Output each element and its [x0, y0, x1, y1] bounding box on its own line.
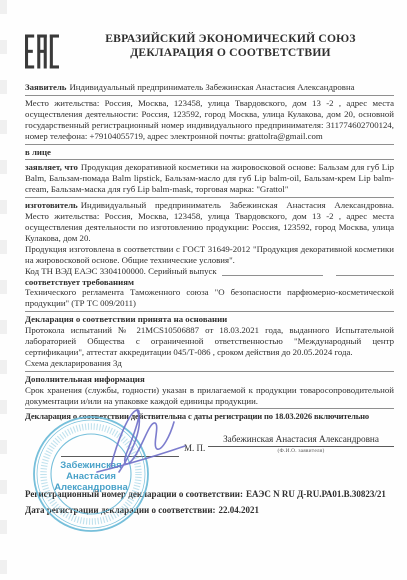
eac-logo-icon [25, 32, 59, 74]
applicant-line: ЗаявительИндивидуальный предприниматель … [25, 82, 394, 93]
manufacturer-paragraph: изготовительИндивидуальный предпринимате… [25, 200, 394, 244]
signatory-block: Забежинская Анастасия Александровна (Ф.И… [208, 434, 394, 454]
conformity-paragraph: Технического регламента Таможенного союз… [25, 287, 394, 309]
in-person-label: в лице [25, 147, 54, 157]
divider [25, 371, 394, 372]
applicant-label: Заявитель [25, 82, 69, 92]
manufacturer-value: Индивидуальный предприниматель Забежинск… [25, 200, 394, 243]
additional-paragraph: Срок хранения (службы, годности) указан … [25, 385, 394, 407]
title-line-declaration: ДЕКЛАРАЦИЯ О СООТВЕТСТВИИ [71, 46, 390, 60]
residence-paragraph: Место жительства: Россия, Москва, 123458… [25, 98, 394, 142]
divider [25, 159, 394, 160]
signatory-caption: (Ф.И.О. заявителя) [208, 448, 394, 454]
declares-value: Продукция декоративной косметики на жиро… [25, 162, 394, 194]
conformity-label: соответствует требованиям [25, 277, 137, 287]
divider [25, 197, 394, 198]
tnved-code-text: Код ТН ВЭД ЕАЭС 3304100000. Серийный вып… [25, 266, 217, 277]
divider [25, 408, 394, 409]
blank-underline [222, 275, 323, 276]
signature-area: Забежинская Анастасия Александровна М. П… [25, 428, 394, 474]
registration-date-value: 22.04.2021 [216, 505, 260, 515]
basis-heading: Декларация о соответствии принята на осн… [25, 314, 394, 325]
manufacturer-label: изготовитель [25, 200, 81, 210]
basis-label: Декларация о соответствии принята на осн… [25, 314, 230, 324]
signatory-name: Забежинская Анастасия Александровна [208, 434, 394, 447]
divider [25, 144, 394, 145]
declares-paragraph: заявляет, чтоПродукция декоративной косм… [25, 162, 394, 195]
document-header: ЕВРАЗИЙСКИЙ ЭКОНОМИЧЕСКИЙ СОЮЗ ДЕКЛАРАЦИ… [25, 32, 394, 74]
applicant-value: Индивидуальный предприниматель Забежинск… [69, 82, 354, 92]
registration-number-value: ЕАЭС N RU Д-RU.РА01.В.30823/21 [243, 489, 386, 499]
basis-paragraph: Протокола испытаний № 21MCS10506887 от 1… [25, 325, 394, 358]
stamp-text-line3: Александровна [54, 482, 128, 493]
declaration-document: ЕВРАЗИЙСКИЙ ЭКОНОМИЧЕСКИЙ СОЮЗ ДЕКЛАРАЦИ… [0, 0, 407, 580]
title-line-union: ЕВРАЗИЙСКИЙ ЭКОНОМИЧЕСКИЙ СОЮЗ [71, 32, 390, 46]
conformity-heading: соответствует требованиям [25, 277, 394, 288]
scheme-line: Схема декларирования 3д [25, 358, 394, 369]
additional-label: Дополнительная информация [25, 374, 148, 384]
divider [25, 311, 394, 312]
additional-heading: Дополнительная информация [25, 374, 394, 385]
blank-underline-short [336, 275, 394, 276]
in-person-line: в лице [25, 147, 394, 158]
gost-paragraph: Продукция изготовлена в соответствии с Г… [25, 244, 394, 266]
declares-label: заявляет, что [25, 162, 81, 172]
tnved-code-line: Код ТН ВЭД ЕАЭС 3304100000. Серийный вып… [25, 266, 394, 277]
document-title: ЕВРАЗИЙСКИЙ ЭКОНОМИЧЕСКИЙ СОЮЗ ДЕКЛАРАЦИ… [71, 32, 394, 74]
document-content: ЕВРАЗИЙСКИЙ ЭКОНОМИЧЕСКИЙ СОЮЗ ДЕКЛАРАЦИ… [25, 32, 394, 518]
divider [25, 95, 394, 96]
handwritten-signature [91, 402, 191, 480]
scan-edge-artifact [0, 0, 7, 580]
